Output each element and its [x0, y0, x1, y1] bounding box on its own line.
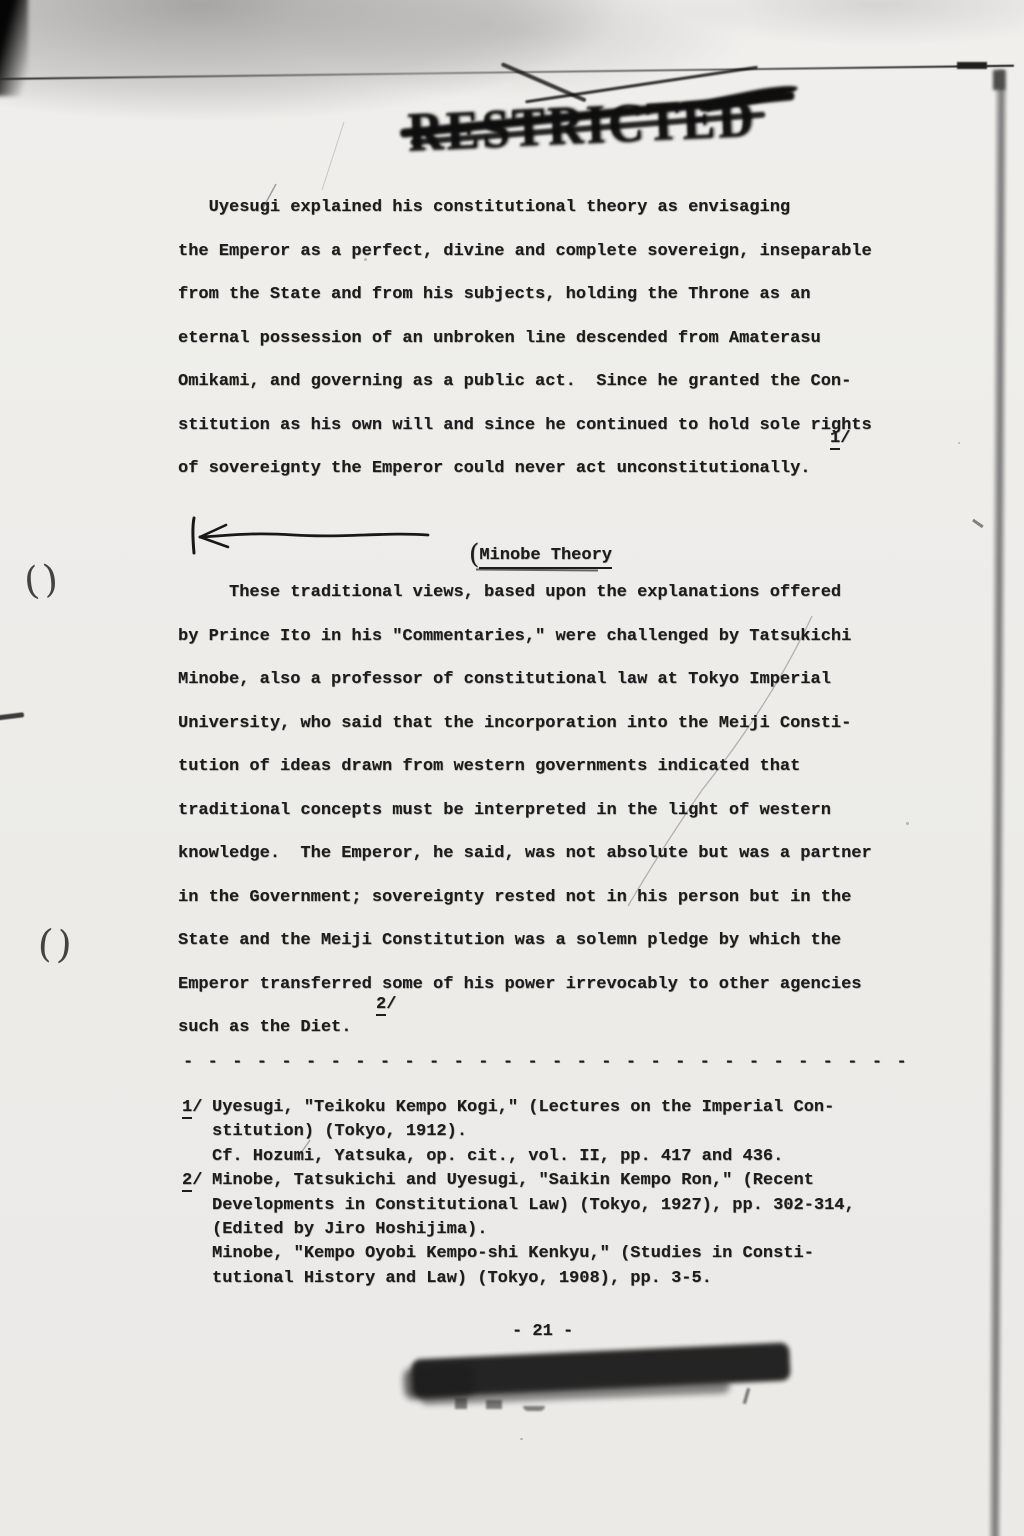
text-line: tution of ideas drawn from western gover…: [178, 745, 872, 789]
stamp-ink-bit: [486, 1400, 502, 1409]
footnote-marker: 1/: [182, 1096, 212, 1169]
stamp-ink-bit: [455, 1398, 467, 1409]
text-line: traditional concepts must be interpreted…: [178, 789, 872, 833]
text-line: by Prince Ito in his "Commentaries," wer…: [178, 615, 872, 659]
footnote-marker-digit: 2: [182, 1171, 192, 1192]
text-line: Developments in Constitutional Law) (Tok…: [212, 1194, 855, 1218]
footnote-ref-digit: 2: [376, 995, 386, 1016]
footnote-2: 2/ Minobe, Tatsukichi and Uyesugi, "Saik…: [182, 1169, 855, 1291]
text-line: in the Government; sovereignty rested no…: [178, 876, 872, 920]
scanned-document-page: ( ) ( ) RESTRICTED Uyesugi explained his…: [0, 0, 1024, 1536]
footnote-1: 1/ Uyesugi, "Teikoku Kempo Kogi," (Lectu…: [182, 1096, 855, 1169]
dust-speck: [520, 1438, 523, 1440]
text-line: Omikami, and governing as a public act. …: [178, 360, 872, 404]
paragraph-uyesugi-theory: Uyesugi explained his constitutional the…: [178, 186, 872, 491]
annotation-paren: (: [469, 539, 480, 570]
dust-speck: [958, 442, 960, 444]
footnote-reference-2: 2/: [376, 995, 396, 1014]
text-line: These traditional views, based upon the …: [178, 571, 872, 615]
text-line: State and the Meiji Constitution was a s…: [178, 919, 872, 963]
text-line: such as the Diet.: [178, 1006, 872, 1050]
text-line: Emperor transferred some of his power ir…: [178, 963, 872, 1007]
dust-speck: [906, 822, 909, 825]
footnote-ref-slash: /: [840, 429, 850, 448]
restricted-stamp: RESTRICTED: [406, 84, 789, 179]
footnote-ref-slash: /: [386, 995, 396, 1014]
text-line: knowledge. The Emperor, he said, was not…: [178, 832, 872, 876]
text-line: tutional History and Law) (Tokyo, 1908),…: [212, 1267, 855, 1291]
page-number: - 21 -: [512, 1322, 573, 1341]
text-line: the Emperor as a perfect, divine and com…: [178, 230, 872, 274]
footnote-marker-digit: 1: [182, 1098, 192, 1119]
text-line: Uyesugi explained his constitutional the…: [178, 186, 872, 230]
hand-drawn-arrow-icon: [182, 514, 432, 556]
text-line: from the State and from his subjects, ho…: [178, 273, 872, 317]
text-line: of sovereignty the Emperor could never a…: [178, 447, 872, 491]
text-line: Minobe, "Kempo Oyobi Kempo-shi Kenkyu," …: [212, 1242, 855, 1266]
margin-paren-mark: ( ): [37, 921, 70, 967]
text-line: stitution as his own will and since he c…: [178, 404, 872, 448]
paragraph-minobe-theory: These traditional views, based upon the …: [178, 571, 872, 1050]
footnote-marker: 2/: [182, 1169, 212, 1291]
footnote-ref-digit: 1: [830, 429, 840, 450]
footnote-text: Uyesugi, "Teikoku Kempo Kogi," (Lectures…: [212, 1096, 834, 1169]
text-line: eternal possession of an unbroken line d…: [178, 317, 872, 361]
text-line: Minobe, Tatsukichi and Uyesugi, "Saikin …: [212, 1169, 855, 1193]
text-line: Minobe, also a professor of constitution…: [178, 658, 872, 702]
text-line: University, who said that the incorporat…: [178, 702, 872, 746]
text-line: Uyesugi, "Teikoku Kempo Kogi," (Lectures…: [212, 1096, 834, 1120]
stamp-ink-bit: [523, 1406, 545, 1411]
footnotes-section: 1/ Uyesugi, "Teikoku Kempo Kogi," (Lectu…: [182, 1096, 855, 1291]
margin-paren-mark: ( ): [22, 557, 56, 604]
text-line: (Edited by Jiro Hoshijima).: [212, 1218, 855, 1242]
footnote-separator: - - - - - - - - - - - - - - - - - - - - …: [183, 1053, 923, 1072]
annotation-label: Minobe Theory: [479, 546, 612, 569]
footnote-marker-slash: /: [192, 1098, 202, 1117]
footnote-reference-1: 1/: [830, 429, 850, 448]
text-line: Cf. Hozumi, Yatsuka, op. cit., vol. II, …: [212, 1145, 834, 1169]
text-line: stitution) (Tokyo, 1912).: [212, 1120, 834, 1144]
obliterated-stamp-smear: [403, 1364, 475, 1401]
footnote-text: Minobe, Tatsukichi and Uyesugi, "Saikin …: [212, 1169, 855, 1291]
footnote-marker-slash: /: [192, 1171, 202, 1190]
